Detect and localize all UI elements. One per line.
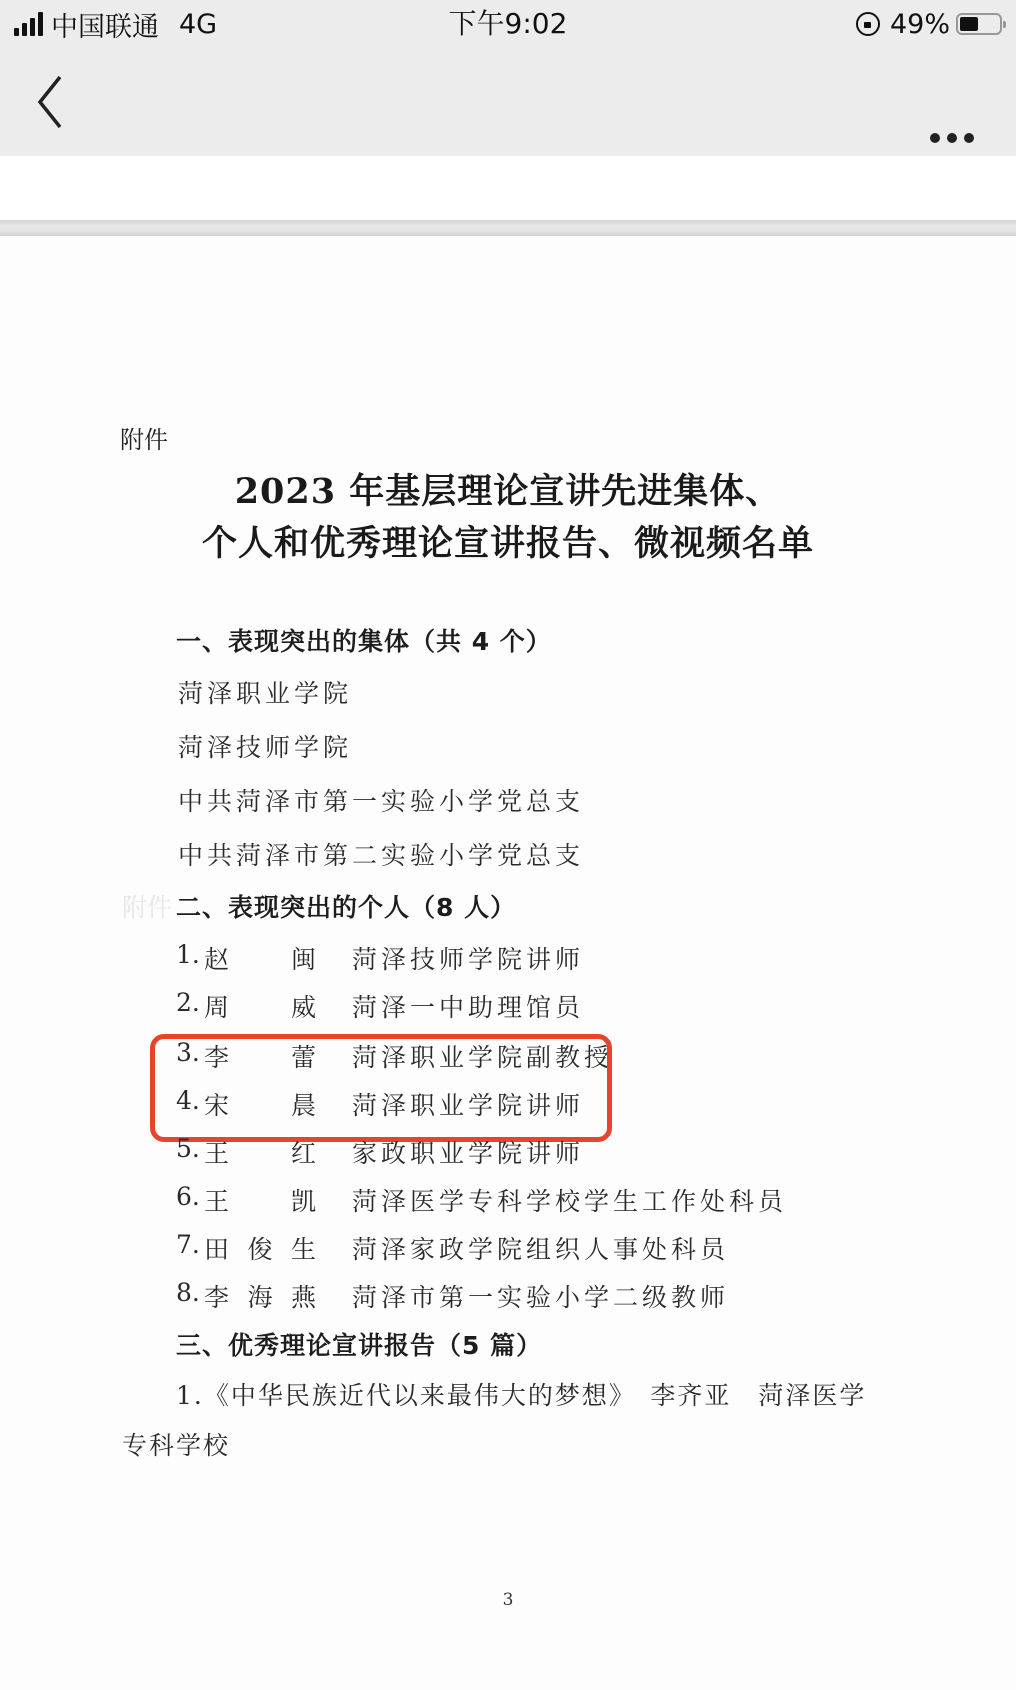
document-title-line2: 个人和优秀理论宣讲报告、微视频名单: [0, 516, 1016, 566]
person-name: 王凯: [204, 1182, 316, 1218]
person-name: 王红: [204, 1134, 316, 1170]
report-item: 1.《中华民族近代以来最伟大的梦想》 李齐亚 菏泽医学: [176, 1376, 866, 1412]
collective-item: 中共菏泽市第一实验小学党总支: [178, 782, 584, 818]
divider: [0, 220, 1016, 236]
person-position: 菏泽家政学院组织人事处科员: [352, 1230, 729, 1266]
rotation-lock-icon: [856, 12, 880, 36]
collective-item: 菏泽技师学院: [178, 728, 352, 764]
chevron-left-icon: [34, 72, 74, 132]
status-bar: 中国联通 4G 下午9:02 49%: [0, 0, 1016, 50]
red-highlight-box: [150, 1034, 612, 1142]
back-button[interactable]: [34, 72, 74, 132]
person-name: 赵闽: [204, 940, 316, 976]
person-position: 家政职业学院讲师: [352, 1134, 584, 1170]
person-number: 1.: [176, 940, 204, 976]
header-spacer: [0, 156, 1016, 220]
section2-heading: 二、表现突出的个人（8 人）: [176, 888, 516, 924]
person-number: 6.: [176, 1182, 204, 1218]
person-row: 5. 王红 家政职业学院讲师: [176, 1134, 584, 1170]
battery-icon: [956, 13, 1002, 35]
collective-item: 菏泽职业学院: [178, 674, 352, 710]
more-dot-icon: [947, 133, 957, 143]
person-row: 2. 周威 菏泽一中助理馆员: [176, 988, 584, 1024]
person-number: 2.: [176, 988, 204, 1024]
person-position: 菏泽技师学院讲师: [352, 940, 584, 976]
more-dot-icon: [930, 133, 940, 143]
person-name: 田俊生: [204, 1230, 316, 1266]
document-page[interactable]: 附件 2023 年基层理论宣讲先进集体、 个人和优秀理论宣讲报告、微视频名单 一…: [0, 236, 1016, 1690]
person-position: 菏泽一中助理馆员: [352, 988, 584, 1024]
battery-percent: 49%: [890, 9, 950, 40]
person-position: 菏泽医学专科学校学生工作处科员: [352, 1182, 787, 1218]
collective-item: 中共菏泽市第二实验小学党总支: [178, 836, 584, 872]
page-number: 3: [0, 1590, 1016, 1610]
person-number: 7.: [176, 1230, 204, 1266]
person-number: 8.: [176, 1278, 204, 1314]
person-position: 菏泽市第一实验小学二级教师: [352, 1278, 729, 1314]
person-row: 7. 田俊生 菏泽家政学院组织人事处科员: [176, 1230, 729, 1266]
report-item-continued: 专科学校: [122, 1426, 230, 1462]
person-row: 1. 赵闽 菏泽技师学院讲师: [176, 940, 584, 976]
section3-heading: 三、优秀理论宣讲报告（5 篇）: [176, 1326, 542, 1362]
person-row: 6. 王凯 菏泽医学专科学校学生工作处科员: [176, 1182, 787, 1218]
more-dot-icon: [964, 133, 974, 143]
navigation-bar: [0, 50, 1016, 156]
more-button[interactable]: [930, 133, 974, 143]
status-right: 49%: [856, 6, 1002, 42]
person-number: 5.: [176, 1134, 204, 1170]
bleed-through-text: 附件: [122, 888, 172, 924]
document-title-line1: 2023 年基层理论宣讲先进集体、: [0, 464, 1016, 514]
person-row: 8. 李海燕 菏泽市第一实验小学二级教师: [176, 1278, 729, 1314]
person-name: 李海燕: [204, 1278, 316, 1314]
person-name: 周威: [204, 988, 316, 1024]
attachment-label: 附件: [120, 420, 168, 455]
section1-heading: 一、表现突出的集体（共 4 个）: [176, 622, 552, 658]
